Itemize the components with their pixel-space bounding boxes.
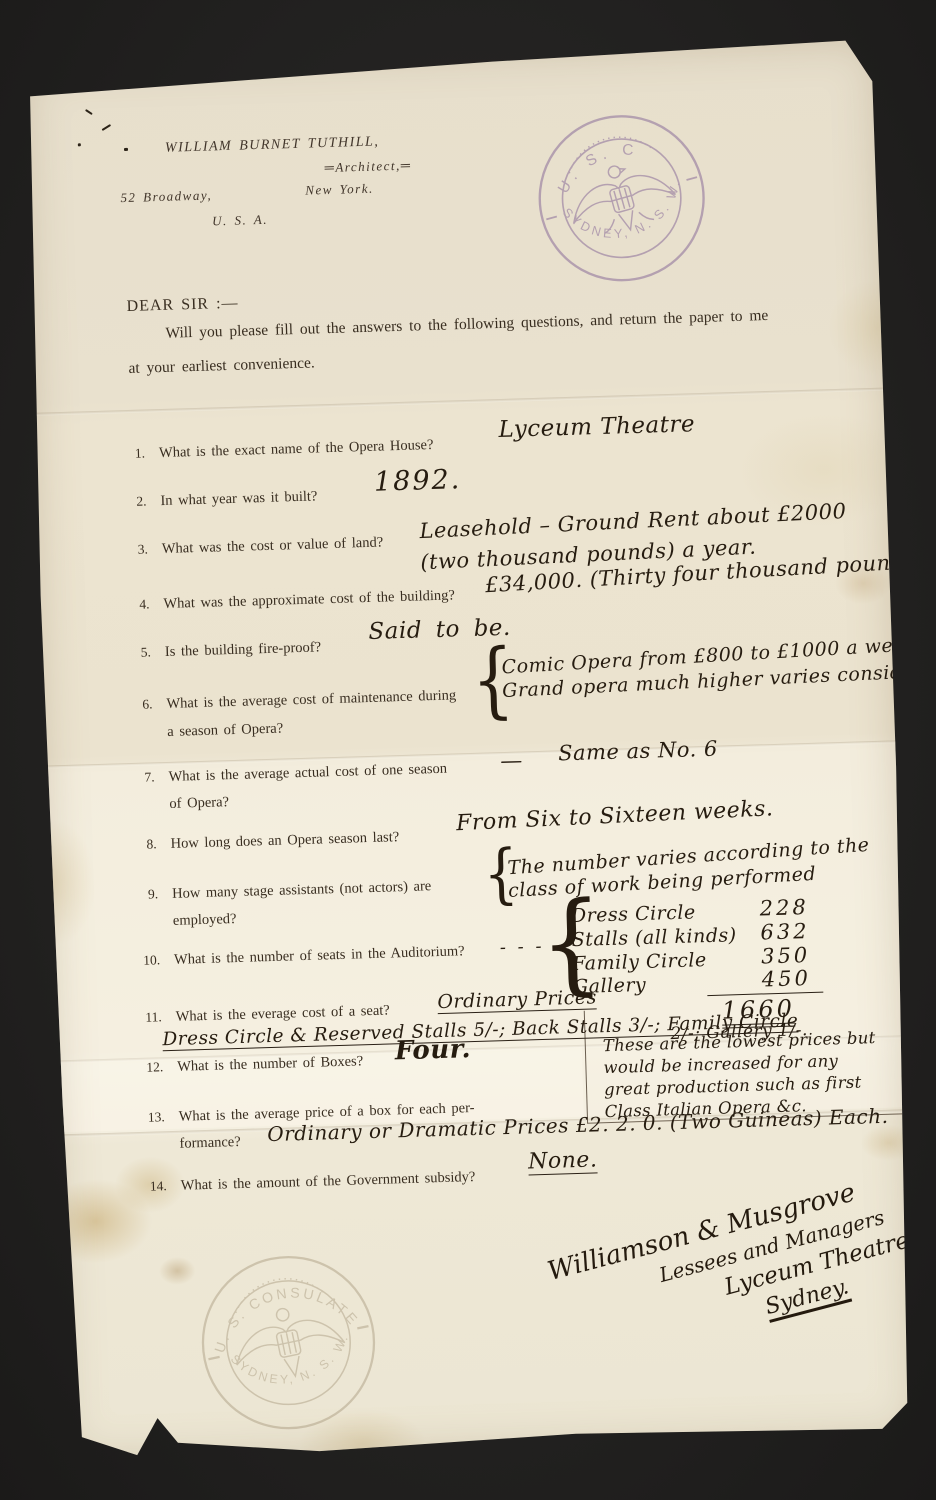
question-text: How many stage assistants (not actors) a…	[172, 878, 432, 902]
question-number: 5.	[125, 644, 151, 661]
question-number: 4.	[123, 596, 149, 613]
question-number: 3.	[122, 541, 148, 558]
answer-12: Four.	[394, 1034, 471, 1066]
question-6-line2: a season of Opera?	[167, 721, 283, 741]
ink-speck	[102, 124, 112, 131]
question-2: 2.In what year was it built?	[120, 488, 317, 511]
question-text: What was the approximate cost of the bui…	[163, 587, 455, 612]
question-4: 4.What was the approximate cost of the b…	[123, 587, 455, 614]
answer-14: None.	[528, 1147, 598, 1175]
scan-photo: { "colors": { "background": "#232221", "…	[0, 0, 936, 1500]
question-number: 14.	[141, 1178, 167, 1195]
question-number: 8.	[130, 836, 156, 853]
question-number: 10.	[134, 952, 160, 969]
stamp-arc-top-text: U. S. C	[547, 136, 648, 199]
question-text: What is the number of seats in the Audit…	[174, 943, 465, 968]
signature-block: Williamson & Musgrove Lessees and Manage…	[419, 1161, 936, 1404]
question-text: Is the building fire-proof?	[165, 639, 322, 660]
question-7-line2: of Opera?	[169, 794, 229, 813]
question-text: What is the average cost of maintenance …	[166, 687, 456, 712]
question-text: What is the exact name of the Opera Hous…	[159, 437, 434, 461]
seat-row-label: Family Circle	[572, 949, 707, 975]
seat-row-label: Stalls (all kinds)	[571, 924, 737, 951]
seat-row-label: Dress Circle	[571, 901, 696, 927]
question-text: What is the amount of the Government sub…	[181, 1169, 476, 1194]
question-number: 13.	[139, 1109, 165, 1126]
answer-10-dashes: - - -	[500, 936, 545, 958]
question-text: What is the everage cost of a seat?	[176, 1002, 390, 1024]
question-8: 8.How long does an Opera season last?	[130, 829, 399, 854]
consulate-stamp-icon: U. S. C SYDNEY, N. S. W.	[509, 86, 733, 310]
question-text: What was the cost or value of land?	[162, 534, 384, 557]
ink-speck	[85, 109, 93, 115]
question-6: 6.What is the average cost of maintenanc…	[126, 687, 456, 714]
intro-line1: Will you please fill out the answers to …	[165, 307, 768, 343]
question-number: 7.	[128, 769, 154, 786]
question-number: 11.	[136, 1009, 162, 1026]
question-text: How long does an Opera season last?	[170, 829, 399, 852]
letterhead-country: U. S. A.	[212, 212, 268, 230]
letterhead-title: ═Architect,═	[324, 157, 411, 176]
letterhead-street: 52 Broadway,	[120, 187, 212, 206]
question-number: 9.	[132, 886, 158, 903]
question-10: 10.What is the number of seats in the Au…	[134, 943, 465, 970]
ink-speck	[124, 148, 128, 151]
question-1: 1.What is the exact name of the Opera Ho…	[119, 437, 434, 463]
question-number: 1.	[119, 446, 145, 463]
question-number: 12.	[137, 1059, 163, 1076]
intro-line2: at your earliest convenience.	[128, 354, 315, 378]
seat-row-value: 228	[712, 895, 809, 922]
answer-2: 1892.	[374, 464, 462, 498]
question-14: 14.What is the amount of the Government …	[141, 1169, 476, 1196]
answer-1: Lyceum Theatre	[498, 411, 695, 443]
question-13-line2: formance?	[179, 1134, 241, 1153]
fold-crease	[32, 387, 888, 415]
consulate-stamp-faint-icon: U. S. CONSULATE SYDNEY, N. S. W.	[176, 1230, 401, 1455]
answer-8: From Six to Sixteen weeks.	[456, 796, 774, 836]
svg-text:U. S. C: U. S. C	[547, 136, 648, 199]
answer-3-line1: Leasehold – Ground Rent about £2000	[419, 499, 847, 543]
question-3: 3.What was the cost or value of land?	[122, 534, 384, 559]
seat-row-value: 450	[715, 966, 812, 993]
question-9: 9.How many stage assistants (not actors)…	[132, 878, 432, 904]
question-text: In what year was it built?	[160, 488, 317, 509]
question-text: What is the average actual cost of one s…	[168, 761, 447, 785]
seat-row-value: 632	[713, 919, 810, 946]
fold-crease	[42, 740, 898, 768]
question-5: 5.Is the building fire-proof?	[125, 639, 322, 662]
question-number: 2.	[120, 493, 146, 510]
salutation: DEAR SIR :—	[126, 295, 238, 316]
document-paper: WILLIAM BURNET TUTHILL, ═Architect,═ 52 …	[21, 38, 918, 1465]
letterhead-name: WILLIAM BURNET TUTHILL,	[165, 134, 380, 156]
ink-speck	[78, 143, 81, 146]
answer-7-dash: —	[500, 748, 523, 774]
question-9-line2: employed?	[173, 911, 237, 930]
question-number: 6.	[126, 696, 152, 713]
answer-7: Same as No. 6	[558, 737, 718, 766]
letterhead-city: New York.	[305, 181, 374, 199]
answer-11-inline: Ordinary Prices	[437, 986, 597, 1014]
